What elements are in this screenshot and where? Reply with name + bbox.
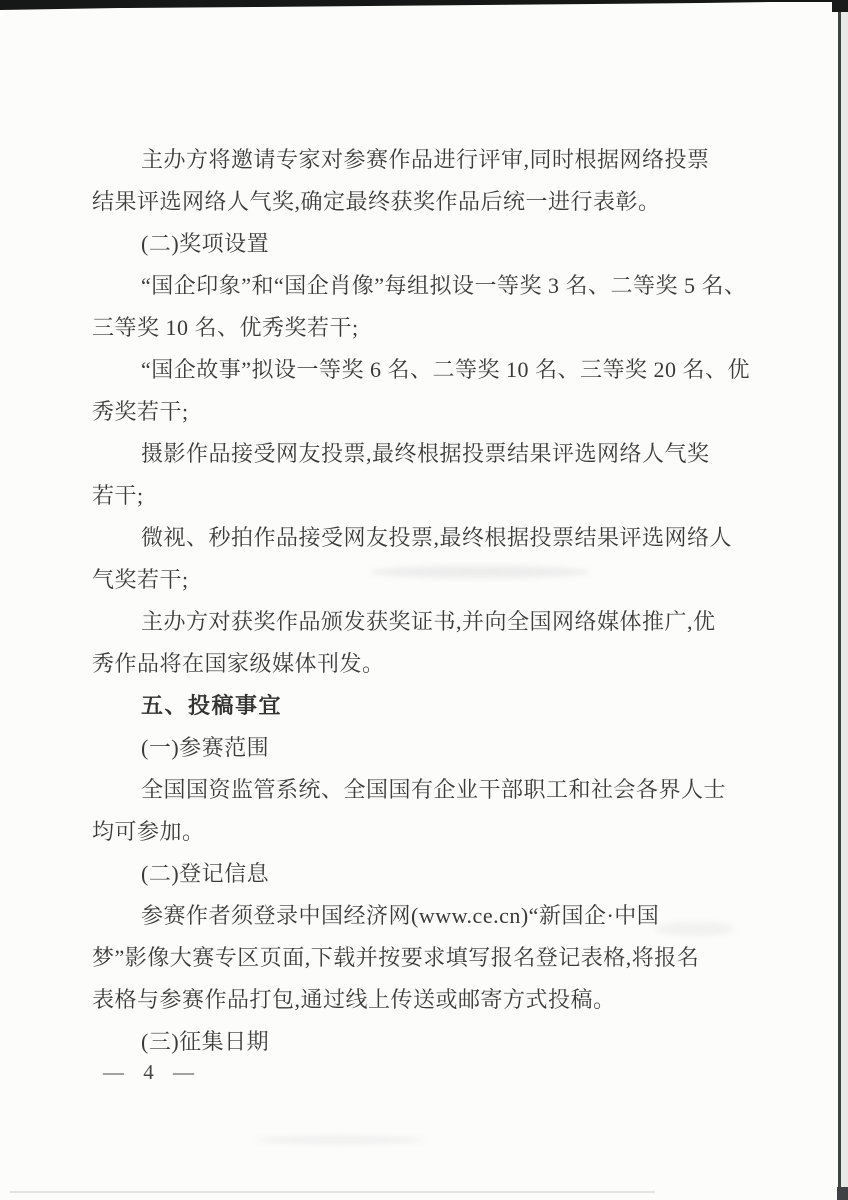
scan-edge-right-line xyxy=(838,3,841,1193)
scan-edge-top xyxy=(0,0,848,14)
text-line: 均可参加。 xyxy=(92,811,722,853)
section-heading-bold: 五、投稿事宜 xyxy=(92,685,722,727)
text-line: 全国国资监管系统、全国国有企业干部职工和社会各界人士 xyxy=(92,769,722,811)
text-line: 表格与参赛作品打包,通过线上传送或邮寄方式投稿。 xyxy=(92,979,722,1021)
text-line: 微视、秒拍作品接受网友投票,最终根据投票结果评选网络人 xyxy=(92,517,722,559)
scan-edge-right-strip xyxy=(841,0,848,1200)
text-line: 摄影作品接受网友投票,最终根据投票结果评选网络人气奖 xyxy=(92,433,722,475)
page-number: — 4 — xyxy=(103,1060,201,1085)
scan-corner-mark-bottom-right xyxy=(837,1187,848,1200)
text-line: 参赛作者须登录中国经济网(www.ce.cn)“新国企·中国 xyxy=(92,895,722,937)
scan-fold-line-bottom xyxy=(10,1191,655,1193)
text-line: 若干; xyxy=(92,475,722,517)
scan-smudge xyxy=(255,1136,425,1144)
document-body: 主办方将邀请专家对参赛作品进行评审,同时根据网络投票 结果评选网络人气奖,确定最… xyxy=(92,139,722,1063)
text-line: 主办方对获奖作品颁发获奖证书,并向全国网络媒体推广,优 xyxy=(92,601,722,643)
scan-corner-mark-top-right xyxy=(832,0,848,12)
text-line: “国企故事”拟设一等奖 6 名、二等奖 10 名、三等奖 20 名、优 xyxy=(92,349,722,391)
section-heading: (二)奖项设置 xyxy=(92,223,722,265)
text-line: 气奖若干; xyxy=(92,559,722,601)
text-line: 主办方将邀请专家对参赛作品进行评审,同时根据网络投票 xyxy=(92,139,722,181)
section-heading: (一)参赛范围 xyxy=(92,727,722,769)
text-line: 三等奖 10 名、优秀奖若干; xyxy=(92,307,722,349)
text-line: 秀作品将在国家级媒体刊发。 xyxy=(92,643,722,685)
section-heading: (二)登记信息 xyxy=(92,853,722,895)
text-line: 秀奖若干; xyxy=(92,391,722,433)
text-line: 梦”影像大赛专区页面,下载并按要求填写报名登记表格,将报名 xyxy=(92,937,722,979)
text-line: “国企印象”和“国企肖像”每组拟设一等奖 3 名、二等奖 5 名、 xyxy=(92,265,722,307)
scanned-document-page: 主办方将邀请专家对参赛作品进行评审,同时根据网络投票 结果评选网络人气奖,确定最… xyxy=(0,0,848,1200)
section-heading: (三)征集日期 xyxy=(92,1021,722,1063)
text-line: 结果评选网络人气奖,确定最终获奖作品后统一进行表彰。 xyxy=(92,181,722,223)
